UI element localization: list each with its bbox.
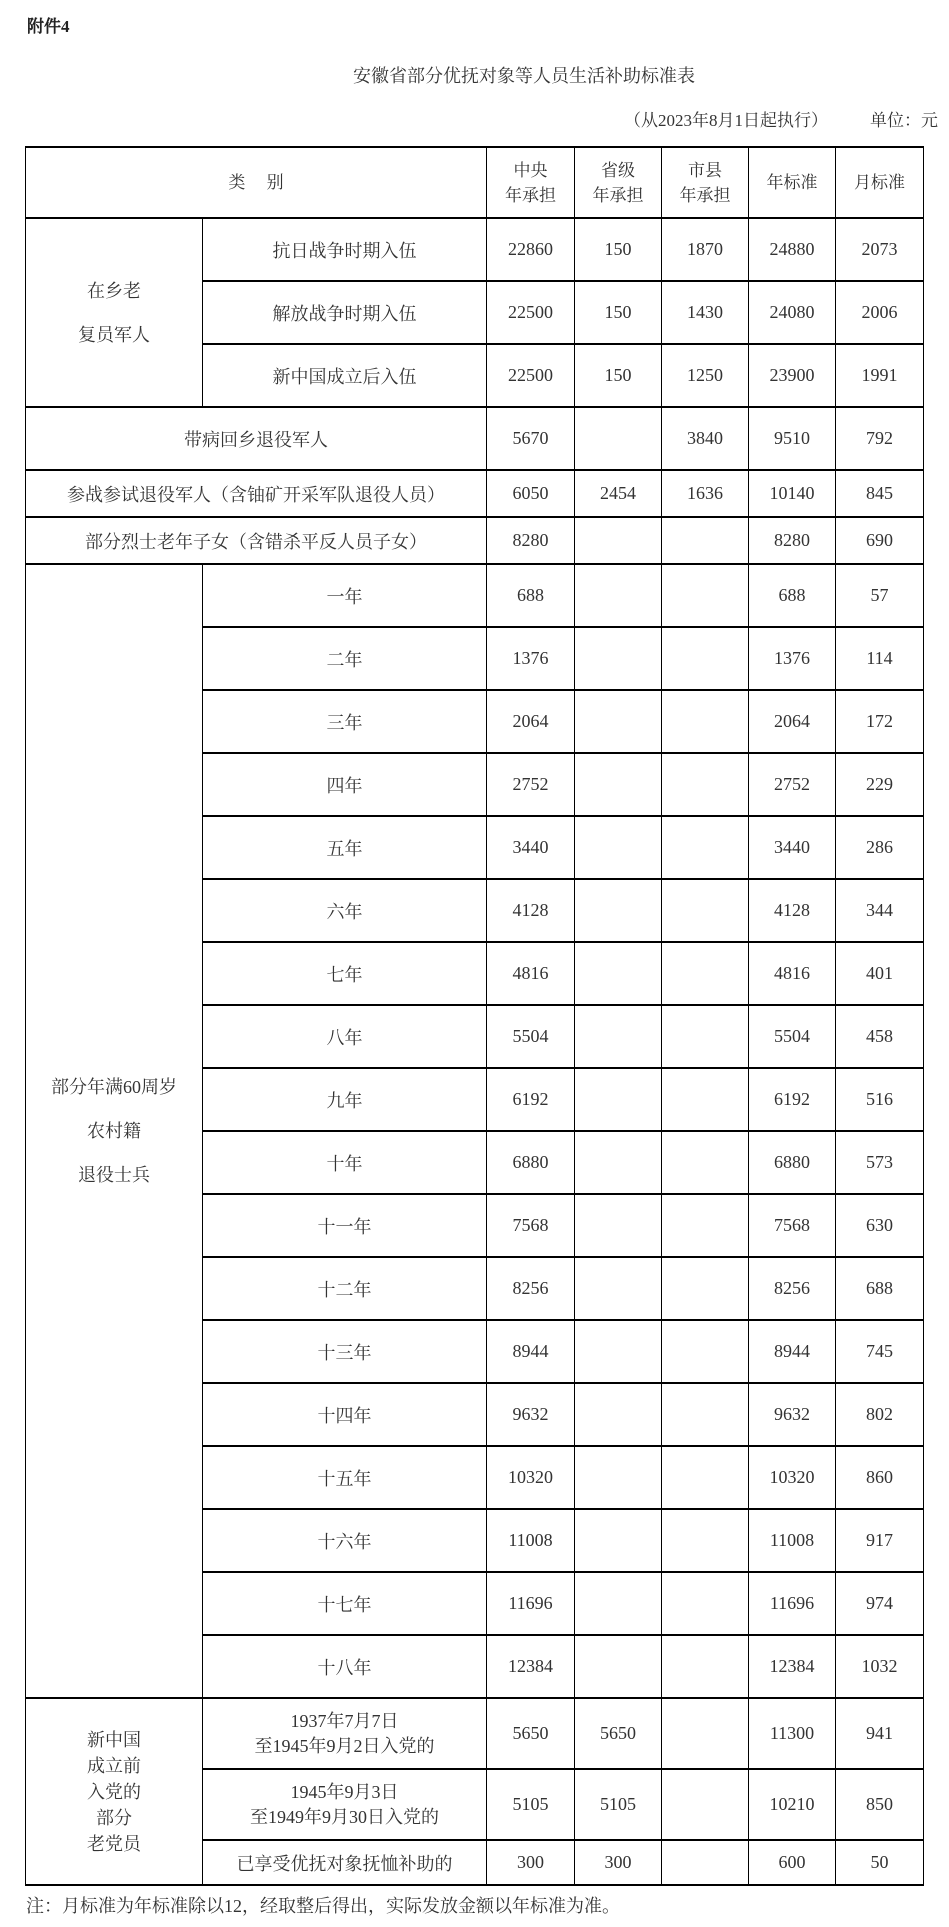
annual-standard: 9632 [749, 1383, 836, 1446]
row-label: 参战参试退役军人（含铀矿开采军队退役人员） [26, 470, 487, 517]
row-label-line: 至1949年9月30日入党的 [203, 1805, 486, 1830]
city-county-annual [662, 1769, 749, 1840]
row-label: 七年 [203, 942, 487, 1005]
monthly-standard: 941 [836, 1698, 924, 1769]
header-monthly: 月标准 [836, 147, 924, 218]
monthly-standard: 917 [836, 1509, 924, 1572]
provincial-annual: 300 [575, 1840, 662, 1885]
annual-standard: 24080 [749, 281, 836, 344]
provincial-annual [575, 517, 662, 564]
monthly-standard: 688 [836, 1257, 924, 1320]
city-county-annual [662, 1840, 749, 1885]
central-annual: 5650 [487, 1698, 575, 1769]
central-annual: 6192 [487, 1068, 575, 1131]
group-label-line: 农村籍 [26, 1109, 202, 1153]
subsidy-standard-table: 类 别 中央 年承担 省级 年承担 市县 年承担 年标准 月标准 在乡老 复员军… [25, 146, 924, 1886]
annual-standard: 2064 [749, 690, 836, 753]
city-county-annual: 1636 [662, 470, 749, 517]
row-label: 抗日战争时期入伍 [203, 218, 487, 281]
group-label-line: 在乡老 [26, 269, 202, 313]
central-annual: 300 [487, 1840, 575, 1885]
city-county-annual: 1250 [662, 344, 749, 407]
monthly-standard: 1032 [836, 1635, 924, 1698]
row-label: 部分烈士老年子女（含错杀平反人员子女） [26, 517, 487, 564]
annual-standard: 9510 [749, 407, 836, 470]
row-label: 已享受优抚对象抚恤补助的 [203, 1840, 487, 1885]
row-label: 十七年 [203, 1572, 487, 1635]
provincial-annual [575, 1635, 662, 1698]
annual-standard: 11008 [749, 1509, 836, 1572]
city-county-annual: 3840 [662, 407, 749, 470]
monthly-standard: 2006 [836, 281, 924, 344]
central-annual: 6880 [487, 1131, 575, 1194]
provincial-annual [575, 1068, 662, 1131]
row-label-line: 至1945年9月2日入党的 [203, 1734, 486, 1759]
annual-standard: 6880 [749, 1131, 836, 1194]
provincial-annual [575, 564, 662, 627]
annual-standard: 6192 [749, 1068, 836, 1131]
provincial-annual: 5650 [575, 1698, 662, 1769]
table-row: 参战参试退役军人（含铀矿开采军队退役人员） 6050 2454 1636 101… [26, 470, 924, 517]
group-label-line: 复员军人 [26, 313, 202, 357]
central-annual: 2064 [487, 690, 575, 753]
row-label: 五年 [203, 816, 487, 879]
city-county-annual [662, 1572, 749, 1635]
row-label: 四年 [203, 753, 487, 816]
city-county-annual [662, 1194, 749, 1257]
header-central-line: 中央 [487, 158, 574, 183]
group-label-line: 部分 [26, 1805, 202, 1831]
central-annual: 22500 [487, 344, 575, 407]
monthly-standard: 1991 [836, 344, 924, 407]
city-county-annual [662, 1698, 749, 1769]
annual-standard: 11696 [749, 1572, 836, 1635]
row-label: 1945年9月3日 至1949年9月30日入党的 [203, 1769, 487, 1840]
group-label-line: 入党的 [26, 1779, 202, 1805]
monthly-standard: 630 [836, 1194, 924, 1257]
provincial-annual [575, 753, 662, 816]
annual-standard: 11300 [749, 1698, 836, 1769]
central-annual: 11008 [487, 1509, 575, 1572]
annual-standard: 8256 [749, 1257, 836, 1320]
central-annual: 1376 [487, 627, 575, 690]
footnote: 注：月标准为年标准除以12，经取整后得出，实际发放金额以年标准为准。 [26, 1896, 620, 1917]
city-county-annual [662, 1446, 749, 1509]
provincial-annual [575, 1194, 662, 1257]
row-label: 1937年7月7日 至1945年9月2日入党的 [203, 1698, 487, 1769]
attachment-label: 附件4 [27, 17, 70, 37]
annual-standard: 688 [749, 564, 836, 627]
header-central-line: 年承担 [487, 183, 574, 208]
row-label: 解放战争时期入伍 [203, 281, 487, 344]
provincial-annual: 2454 [575, 470, 662, 517]
city-county-annual [662, 517, 749, 564]
provincial-annual [575, 1383, 662, 1446]
row-label: 新中国成立后入伍 [203, 344, 487, 407]
header-city-county: 市县 年承担 [662, 147, 749, 218]
central-annual: 11696 [487, 1572, 575, 1635]
city-county-annual [662, 942, 749, 1005]
central-annual: 3440 [487, 816, 575, 879]
city-county-annual [662, 1131, 749, 1194]
provincial-annual [575, 1257, 662, 1320]
provincial-annual [575, 690, 662, 753]
city-county-annual [662, 1509, 749, 1572]
city-county-annual: 1870 [662, 218, 749, 281]
table-row: 新中国 成立前 入党的 部分 老党员 1937年7月7日 至1945年9月2日入… [26, 1698, 924, 1769]
annual-standard: 10320 [749, 1446, 836, 1509]
monthly-standard: 286 [836, 816, 924, 879]
central-annual: 4128 [487, 879, 575, 942]
city-county-annual [662, 627, 749, 690]
provincial-annual [575, 1509, 662, 1572]
central-annual: 2752 [487, 753, 575, 816]
city-county-annual [662, 1320, 749, 1383]
city-county-annual [662, 816, 749, 879]
group-label-rural-demobilized: 在乡老 复员军人 [26, 218, 203, 407]
provincial-annual [575, 627, 662, 690]
effective-date: （从2023年8月1日起执行） [624, 110, 828, 131]
group-label-old-party-members: 新中国 成立前 入党的 部分 老党员 [26, 1698, 203, 1885]
provincial-annual [575, 1446, 662, 1509]
city-county-annual: 1430 [662, 281, 749, 344]
row-label: 六年 [203, 879, 487, 942]
central-annual: 5504 [487, 1005, 575, 1068]
monthly-standard: 344 [836, 879, 924, 942]
annual-standard: 23900 [749, 344, 836, 407]
provincial-annual [575, 1005, 662, 1068]
row-label: 十一年 [203, 1194, 487, 1257]
row-label-line: 1945年9月3日 [203, 1780, 486, 1805]
monthly-standard: 2073 [836, 218, 924, 281]
city-county-annual [662, 753, 749, 816]
annual-standard: 7568 [749, 1194, 836, 1257]
monthly-standard: 974 [836, 1572, 924, 1635]
row-label: 十六年 [203, 1509, 487, 1572]
monthly-standard: 690 [836, 517, 924, 564]
central-annual: 7568 [487, 1194, 575, 1257]
central-annual: 22860 [487, 218, 575, 281]
table-row: 在乡老 复员军人 抗日战争时期入伍 22860 150 1870 24880 2… [26, 218, 924, 281]
row-label: 九年 [203, 1068, 487, 1131]
row-label: 一年 [203, 564, 487, 627]
header-annual: 年标准 [749, 147, 836, 218]
row-label: 十年 [203, 1131, 487, 1194]
document-title: 安徽省部分优抚对象等人员生活补助标准表 [353, 66, 695, 87]
provincial-annual [575, 816, 662, 879]
header-provincial-line: 省级 [575, 158, 661, 183]
group-label-rural-soldiers-60: 部分年满60周岁 农村籍 退役士兵 [26, 564, 203, 1698]
annual-standard: 12384 [749, 1635, 836, 1698]
annual-standard: 4128 [749, 879, 836, 942]
annual-standard: 4816 [749, 942, 836, 1005]
table-header-row: 类 别 中央 年承担 省级 年承担 市县 年承担 年标准 月标准 [26, 147, 924, 218]
group-label-line: 新中国 [26, 1727, 202, 1753]
annual-standard: 2752 [749, 753, 836, 816]
monthly-standard: 516 [836, 1068, 924, 1131]
monthly-standard: 845 [836, 470, 924, 517]
annual-standard: 1376 [749, 627, 836, 690]
header-provincial: 省级 年承担 [575, 147, 662, 218]
city-county-annual [662, 1635, 749, 1698]
central-annual: 8256 [487, 1257, 575, 1320]
row-label: 十八年 [203, 1635, 487, 1698]
city-county-annual [662, 879, 749, 942]
provincial-annual [575, 1572, 662, 1635]
city-county-annual [662, 1005, 749, 1068]
provincial-annual: 150 [575, 281, 662, 344]
monthly-standard: 458 [836, 1005, 924, 1068]
provincial-annual: 150 [575, 344, 662, 407]
central-annual: 10320 [487, 1446, 575, 1509]
central-annual: 22500 [487, 281, 575, 344]
table-row: 带病回乡退役军人 5670 3840 9510 792 [26, 407, 924, 470]
table-row: 部分烈士老年子女（含错杀平反人员子女） 8280 8280 690 [26, 517, 924, 564]
city-county-annual [662, 1383, 749, 1446]
header-category: 类 别 [26, 147, 487, 218]
monthly-standard: 860 [836, 1446, 924, 1509]
row-label: 八年 [203, 1005, 487, 1068]
row-label: 带病回乡退役军人 [26, 407, 487, 470]
annual-standard: 3440 [749, 816, 836, 879]
header-provincial-line: 年承担 [575, 183, 661, 208]
provincial-annual [575, 879, 662, 942]
city-county-annual [662, 1257, 749, 1320]
header-city-county-line: 年承担 [662, 183, 748, 208]
row-label-line: 1937年7月7日 [203, 1709, 486, 1734]
central-annual: 6050 [487, 470, 575, 517]
row-label: 二年 [203, 627, 487, 690]
monthly-standard: 229 [836, 753, 924, 816]
header-central: 中央 年承担 [487, 147, 575, 218]
group-label-line: 成立前 [26, 1753, 202, 1779]
central-annual: 4816 [487, 942, 575, 1005]
monthly-standard: 745 [836, 1320, 924, 1383]
header-city-county-line: 市县 [662, 158, 748, 183]
row-label: 十四年 [203, 1383, 487, 1446]
central-annual: 9632 [487, 1383, 575, 1446]
provincial-annual: 150 [575, 218, 662, 281]
group-label-line: 部分年满60周岁 [26, 1065, 202, 1109]
row-label: 十五年 [203, 1446, 487, 1509]
provincial-annual [575, 407, 662, 470]
central-annual: 5670 [487, 407, 575, 470]
central-annual: 8944 [487, 1320, 575, 1383]
provincial-annual: 5105 [575, 1769, 662, 1840]
city-county-annual [662, 564, 749, 627]
provincial-annual [575, 942, 662, 1005]
city-county-annual [662, 690, 749, 753]
provincial-annual [575, 1320, 662, 1383]
annual-standard: 24880 [749, 218, 836, 281]
annual-standard: 8280 [749, 517, 836, 564]
monthly-standard: 802 [836, 1383, 924, 1446]
group-label-line: 退役士兵 [26, 1153, 202, 1197]
monthly-standard: 57 [836, 564, 924, 627]
city-county-annual [662, 1068, 749, 1131]
unit-label: 单位：元 [870, 110, 938, 131]
monthly-standard: 172 [836, 690, 924, 753]
provincial-annual [575, 1131, 662, 1194]
annual-standard: 10140 [749, 470, 836, 517]
row-label: 三年 [203, 690, 487, 753]
annual-standard: 5504 [749, 1005, 836, 1068]
monthly-standard: 792 [836, 407, 924, 470]
table-row: 部分年满60周岁 农村籍 退役士兵 一年 688 688 57 [26, 564, 924, 627]
row-label: 十二年 [203, 1257, 487, 1320]
central-annual: 8280 [487, 517, 575, 564]
annual-standard: 8944 [749, 1320, 836, 1383]
group-label-line: 老党员 [26, 1831, 202, 1857]
annual-standard: 600 [749, 1840, 836, 1885]
central-annual: 12384 [487, 1635, 575, 1698]
monthly-standard: 114 [836, 627, 924, 690]
annual-standard: 10210 [749, 1769, 836, 1840]
central-annual: 5105 [487, 1769, 575, 1840]
monthly-standard: 573 [836, 1131, 924, 1194]
row-label: 十三年 [203, 1320, 487, 1383]
central-annual: 688 [487, 564, 575, 627]
monthly-standard: 401 [836, 942, 924, 1005]
monthly-standard: 50 [836, 1840, 924, 1885]
monthly-standard: 850 [836, 1769, 924, 1840]
